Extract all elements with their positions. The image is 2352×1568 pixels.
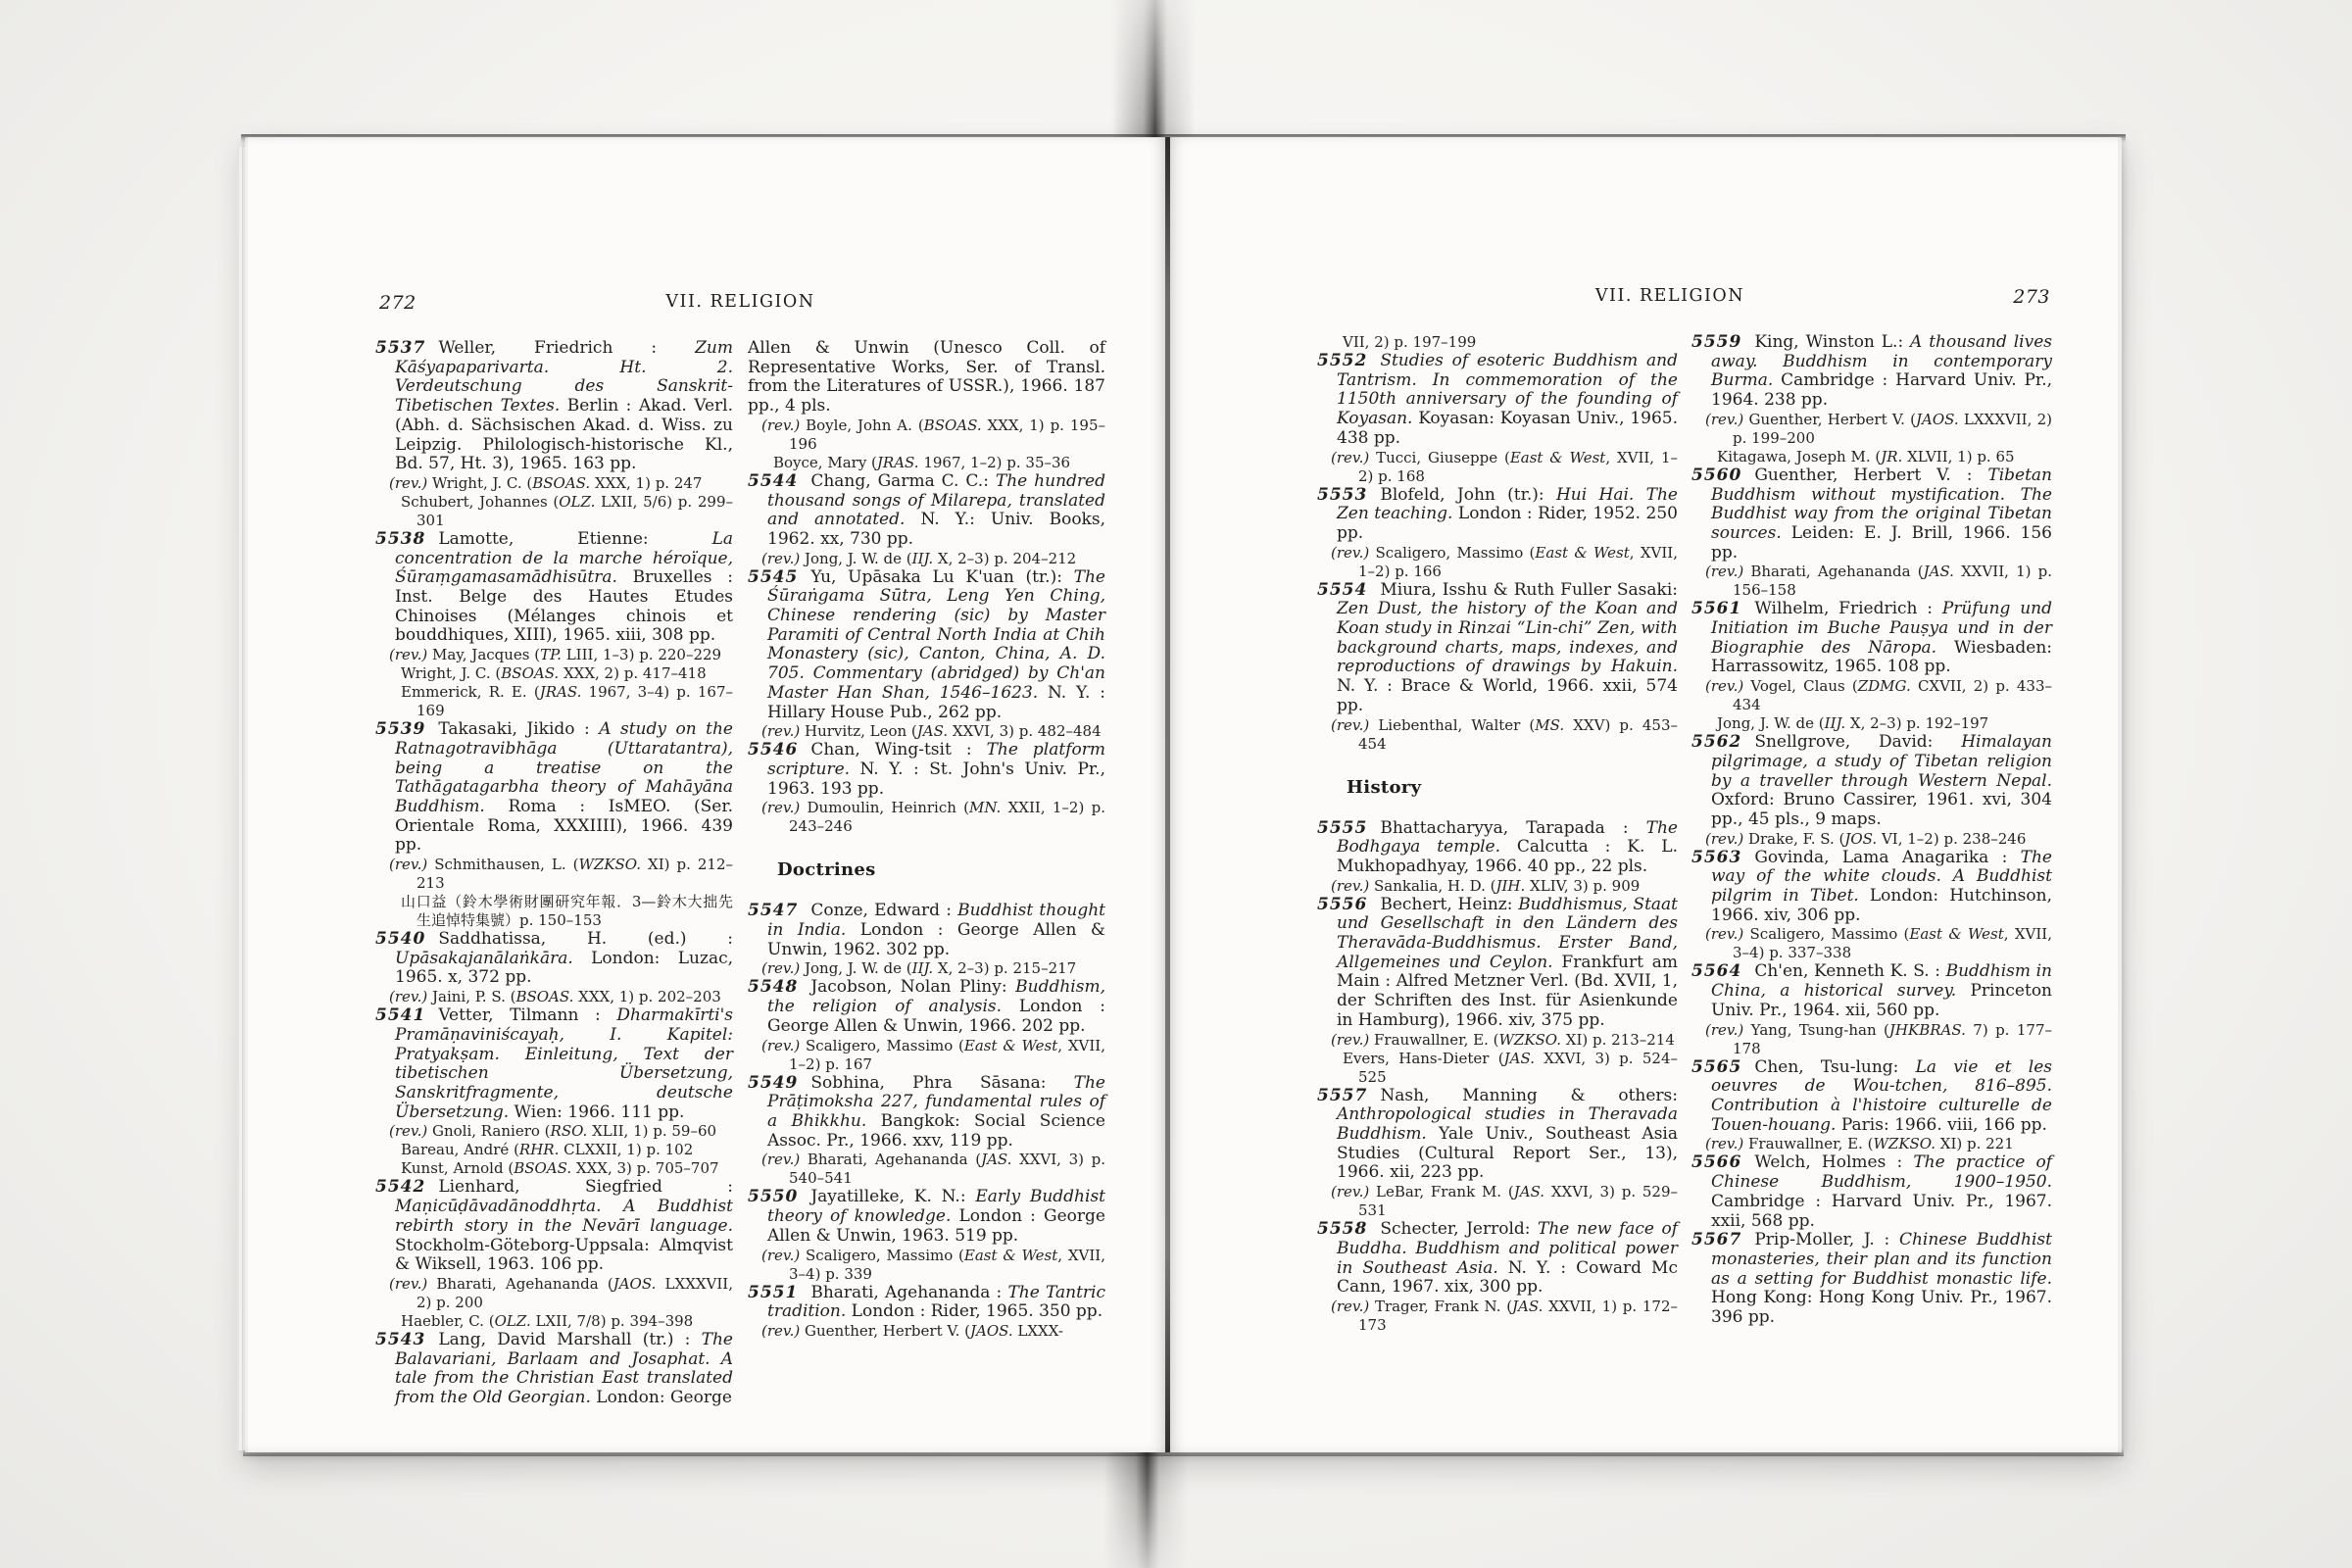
section-heading: History	[1347, 777, 1678, 798]
entry-number: 5562	[1691, 732, 1754, 752]
bibliography-column: Allen & Unwin (Unesco Coll. of Represent…	[748, 339, 1105, 1408]
bib-entry: 5538Lamotte, Etienne: La concentration d…	[375, 530, 733, 646]
review-line: Jong, J. W. de (IIJ. X, 2–3) p. 192–197	[1691, 714, 2052, 733]
entry-number: 5563	[1691, 848, 1754, 867]
review-line-continuation: VII, 2) p. 197–199	[1317, 333, 1678, 352]
bib-entry: 5566Welch, Holmes : The practice of Chin…	[1691, 1153, 2052, 1231]
bibliography-column: 5537Weller, Friedrich : Zum Kāśyapapariv…	[375, 339, 733, 1408]
running-head: VII. RELIGION	[1288, 286, 2052, 306]
bib-entry: 5540Saddhatissa, H. (ed.) : Upāsakajanāl…	[375, 930, 733, 988]
entry-number: 5560	[1691, 465, 1754, 485]
bib-entry-continuation: Allen & Unwin (Unesco Coll. of Represent…	[748, 339, 1105, 416]
review-line: (rev.) Bharati, Agehananda (JAS. XXVII, …	[1691, 563, 2052, 600]
bib-entry: 5553Blofeld, John (tr.): Hui Hai. The Ze…	[1317, 486, 1678, 544]
bib-entry: 5554Miura, Isshu & Ruth Fuller Sasaki: Z…	[1317, 581, 1678, 716]
review-line: Wright, J. C. (BSOAS. XXX, 2) p. 417–418	[375, 664, 733, 683]
left-page-stack-edge	[237, 147, 245, 1450]
review-line: (rev.) LeBar, Frank M. (JAS. XXVI, 3) p.…	[1317, 1183, 1678, 1220]
bib-entry: 5562Snellgrove, David: Himalayan pilgrim…	[1691, 733, 2052, 830]
entry-number: 5550	[748, 1187, 810, 1206]
review-line: (rev.) Trager, Frank N. (JAS. XXVII, 1) …	[1317, 1298, 1678, 1335]
review-line: Bareau, André (RHR. CLXXII, 1) p. 102	[375, 1141, 733, 1159]
entry-number: 5555	[1317, 818, 1380, 838]
review-line: Kitagawa, Joseph M. (JR. XLVII, 1) p. 65	[1691, 448, 2052, 466]
review-line: (rev.) May, Jacques (TP. LIII, 1–3) p. 2…	[375, 646, 733, 664]
section-heading: Doctrines	[777, 859, 1105, 880]
review-line: (rev.) Scaligero, Massimo (East & West, …	[748, 1037, 1105, 1074]
review-line: Evers, Hans-Dieter (JAS. XXVI, 3) p. 524…	[1317, 1050, 1678, 1087]
review-line: (rev.) Frauwallner, E. (WZKSO. XI) p. 21…	[1317, 1031, 1678, 1050]
review-line: (rev.) Liebenthal, Walter (MS. XXV) p. 4…	[1317, 716, 1678, 754]
page-header: VII. RELIGION 273	[1317, 286, 2052, 312]
bib-entry: 5563Govinda, Lama Anagarika : The way of…	[1691, 849, 2052, 926]
bib-entry: 5557Nash, Manning & others: Anthropologi…	[1317, 1087, 1678, 1184]
bib-entry: 5561Wilhelm, Friedrich : Prüfung und Ini…	[1691, 600, 2052, 677]
entry-number: 5546	[748, 740, 810, 759]
review-line: (rev.) Yang, Tsung-han (JHKBRAS. 7) p. 1…	[1691, 1021, 2052, 1058]
entry-number: 5547	[748, 901, 810, 920]
bibliography-column: 5559King, Winston L.: A thousand lives a…	[1691, 333, 2052, 1335]
bib-entry: 5560Guenther, Herbert V. : Tibetan Buddh…	[1691, 466, 2052, 563]
bib-entry: 5541Vetter, Tilmann : Dharmakīrti's Pram…	[375, 1006, 733, 1122]
review-line: (rev.) Frauwallner, E. (WZKSO. XI) p. 22…	[1691, 1135, 2052, 1153]
review-line: (rev.) Jaini, P. S. (BSOAS. XXX, 1) p. 2…	[375, 988, 733, 1006]
entry-number: 5539	[375, 719, 438, 739]
review-line: (rev.) Hurvitz, Leon (JAS. XXVI, 3) p. 4…	[748, 722, 1105, 741]
page-header: 272 VII. RELIGION	[375, 292, 1105, 318]
entry-number: 5552	[1317, 351, 1380, 370]
review-line: (rev.) Tucci, Giuseppe (East & West, XVI…	[1317, 449, 1678, 486]
bib-entry: 5544Chang, Garma C. C.: The hundred thou…	[748, 472, 1105, 550]
review-line: (rev.) Bharati, Agehananda (JAS. XXVI, 3…	[748, 1151, 1105, 1188]
book-spine-bottom	[1103, 1446, 1188, 1568]
review-line: Emmerick, R. E. (JRAS. 1967, 3–4) p. 167…	[375, 683, 733, 720]
page-number: 273	[2013, 286, 2050, 308]
entry-number: 5559	[1691, 332, 1754, 352]
bib-entry: 5546Chan, Wing-tsit : The platform scrip…	[748, 741, 1105, 799]
review-line: (rev.) Scaligero, Massimo (East & West, …	[748, 1247, 1105, 1284]
entry-number: 5541	[375, 1005, 438, 1025]
review-line: (rev.) Bharati, Agehananda (JAOS. LXXXVI…	[375, 1275, 733, 1312]
bib-entry: 5548Jacobson, Nolan Pliny: Buddhism, the…	[748, 978, 1105, 1036]
review-line: (rev.) Scaligero, Massimo (East & West, …	[1317, 544, 1678, 581]
entry-number: 5557	[1317, 1086, 1380, 1105]
entry-number: 5537	[375, 338, 438, 358]
entry-number: 5545	[748, 567, 810, 587]
review-line: (rev.) Sankalia, H. D. (JIH. XLIV, 3) p.…	[1317, 877, 1678, 896]
page-272: 272 VII. RELIGION 5537Weller, Friedrich …	[245, 137, 1168, 1452]
review-line: (rev.) Vogel, Claus (ZDMG. CXVII, 2) p. …	[1691, 677, 2052, 714]
review-line: (rev.) Gnoli, Raniero (RSO. XLII, 1) p. …	[375, 1122, 733, 1141]
entry-number: 5558	[1317, 1219, 1380, 1239]
review-line: (rev.) Drake, F. S. (JOS. VI, 1–2) p. 23…	[1691, 830, 2052, 849]
entry-number: 5554	[1317, 580, 1380, 600]
review-line: (rev.) Jong, J. W. de (IIJ. X, 2–3) p. 2…	[748, 550, 1105, 568]
entry-number: 5565	[1691, 1057, 1754, 1077]
entry-number: 5561	[1691, 599, 1754, 618]
bib-entry: 5567Prip-Moller, J. : Chinese Buddhist m…	[1691, 1231, 2052, 1328]
review-line: Kunst, Arnold (BSOAS. XXX, 3) p. 705–707	[375, 1159, 733, 1178]
review-line: (rev.) Scaligero, Massimo (East & West, …	[1691, 925, 2052, 962]
bibliography-columns: VII, 2) p. 197–1995552Studies of esoteri…	[1317, 333, 2122, 1335]
entry-number: 5556	[1317, 895, 1380, 914]
bib-entry: 5537Weller, Friedrich : Zum Kāśyapapariv…	[375, 339, 733, 474]
bib-entry: 5549Sobhina, Phra Sāsana: The Prāṭimoksh…	[748, 1074, 1105, 1151]
review-line: (rev.) Dumoulin, Heinrich (MN. XXII, 1–2…	[748, 799, 1105, 836]
bib-entry: 5565Chen, Tsu-lung: La vie et les oeuvre…	[1691, 1058, 2052, 1136]
bib-entry: 5539Takasaki, Jikido : A study on the Ra…	[375, 720, 733, 856]
entry-number: 5553	[1317, 485, 1380, 505]
review-line: Haebler, C. (OLZ. LXII, 7/8) p. 394–398	[375, 1312, 733, 1331]
review-line: 山口益（鈴木學術財團研究年報．3—鈴木大拙先生追悼特集號）p. 150–153	[375, 893, 733, 930]
entry-number: 5538	[375, 529, 438, 549]
review-line: Boyce, Mary (JRAS. 1967, 1–2) p. 35–36	[748, 454, 1105, 472]
review-line: Schubert, Johannes (OLZ. LXII, 5/6) p. 2…	[375, 493, 733, 530]
bibliography-column: VII, 2) p. 197–1995552Studies of esoteri…	[1317, 333, 1678, 1335]
bib-entry: 5551Bharati, Agehananda : The Tantric tr…	[748, 1284, 1105, 1322]
entry-number: 5567	[1691, 1230, 1754, 1249]
bib-entry: 5556Bechert, Heinz: Buddhismus, Staat un…	[1317, 896, 1678, 1031]
bib-entry: 5552Studies of esoteric Buddhism and Tan…	[1317, 352, 1678, 449]
entry-number: 5540	[375, 929, 438, 949]
entry-number: 5548	[748, 977, 810, 997]
bib-entry: 5547Conze, Edward : Buddhist thought in …	[748, 902, 1105, 959]
bibliography-columns: 5537Weller, Friedrich : Zum Kāśyapapariv…	[375, 339, 1168, 1408]
review-line: (rev.) Schmithausen, L. (WZKSO. XI) p. 2…	[375, 856, 733, 893]
entry-number: 5566	[1691, 1152, 1754, 1172]
review-line: (rev.) Wright, J. C. (BSOAS. XXX, 1) p. …	[375, 474, 733, 493]
bib-entry: 5543Lang, David Marshall (tr.) : The Bal…	[375, 1331, 733, 1408]
open-book-spread: 272 VII. RELIGION 5537Weller, Friedrich …	[245, 137, 2122, 1452]
review-line: (rev.) Guenther, Herbert V. (JAOS. LXXX-	[748, 1322, 1105, 1341]
entry-number: 5564	[1691, 961, 1754, 981]
book-gutter	[1165, 137, 1170, 1452]
entry-number: 5549	[748, 1073, 810, 1093]
review-line: (rev.) Boyle, John A. (BSOAS. XXX, 1) p.…	[748, 416, 1105, 454]
review-line: (rev.) Guenther, Herbert V. (JAOS. LXXXV…	[1691, 411, 2052, 448]
entry-number: 5544	[748, 471, 810, 491]
entry-number: 5551	[748, 1283, 810, 1302]
page-273: VII. RELIGION 273 VII, 2) p. 197–1995552…	[1168, 137, 2122, 1452]
bib-entry: 5545Yu, Upāsaka Lu K'uan (tr.): The Śūra…	[748, 568, 1105, 723]
review-line: (rev.) Jong, J. W. de (IIJ. X, 2–3) p. 2…	[748, 959, 1105, 978]
bib-entry: 5559King, Winston L.: A thousand lives a…	[1691, 333, 2052, 411]
book-spine-top	[1111, 0, 1196, 145]
bib-entry: 5542Lienhard, Siegfried : Maṇicūḍāvadāno…	[375, 1178, 733, 1275]
photographed-book-spread: { "left_page": { "page_number": "272", "…	[0, 0, 2352, 1568]
bib-entry: 5558Schecter, Jerrold: The new face of B…	[1317, 1220, 1678, 1298]
bib-entry: 5564Ch'en, Kenneth K. S. : Buddhism in C…	[1691, 962, 2052, 1020]
running-head: VII. RELIGION	[375, 292, 1105, 312]
bib-entry: 5550Jayatilleke, K. N.: Early Buddhist t…	[748, 1188, 1105, 1246]
entry-number: 5543	[375, 1330, 438, 1349]
bib-entry: 5555Bhattacharyya, Tarapada : The Bodhga…	[1317, 819, 1678, 877]
entry-number: 5542	[375, 1177, 438, 1197]
